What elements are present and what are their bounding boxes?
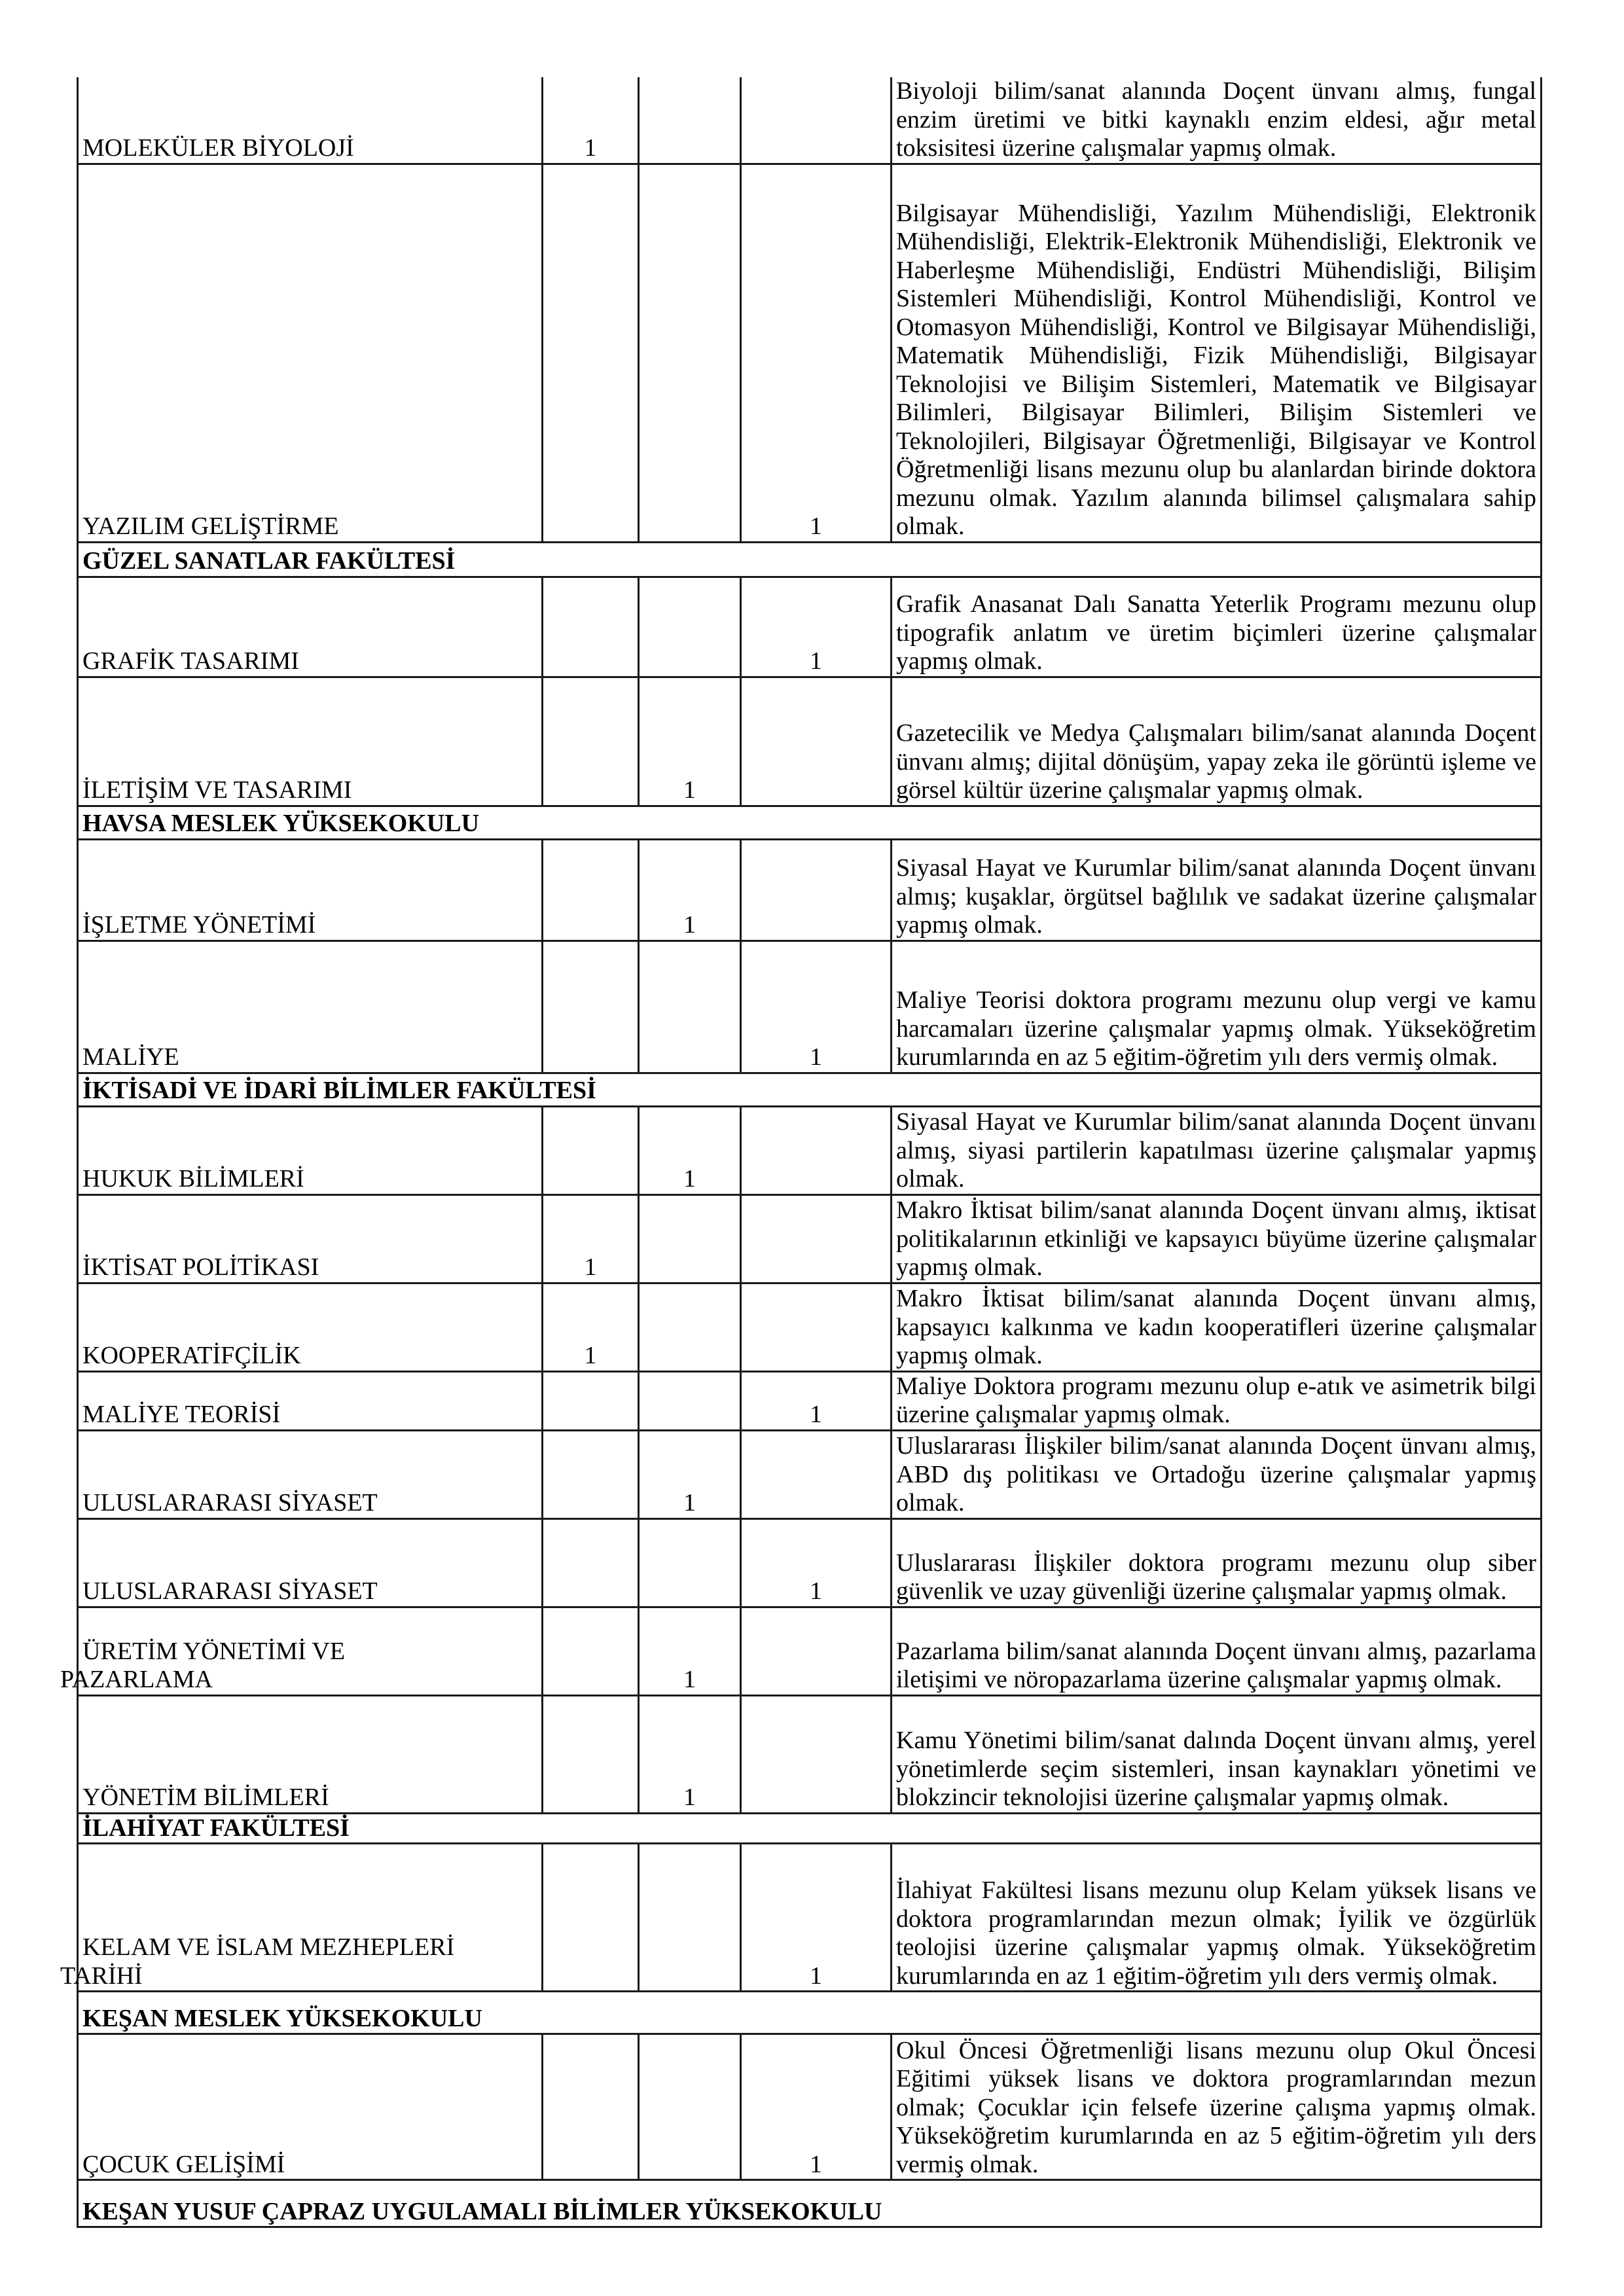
associate-professor-count: 1 — [639, 1607, 741, 1695]
table-row: MOLEKÜLER BİYOLOJİ1Biyoloji bilim/sanat … — [78, 77, 1542, 164]
section-header-row: KEŞAN YUSUF ÇAPRAZ UYGULAMALI BİLİMLER Y… — [78, 2180, 1542, 2227]
professor-count — [543, 677, 639, 806]
department-name: YAZILIM GELİŞTİRME — [78, 164, 543, 542]
requirement-text: Makro İktisat bilim/sanat alanında Doçen… — [892, 1283, 1542, 1371]
associate-professor-count: 1 — [639, 677, 741, 806]
professor-count — [543, 577, 639, 677]
department-name-line: ULUSLARARASI SİYASET — [82, 1577, 537, 1606]
associate-professor-count: 1 — [639, 1695, 741, 1813]
department-name: İKTİSAT POLİTİKASI — [78, 1194, 543, 1283]
requirement-text: Uluslararası İlişkiler bilim/sanat alanı… — [892, 1430, 1542, 1518]
department-name-line: ÇOCUK GELİŞİMİ — [82, 2151, 537, 2179]
department-name-line: YAZILIM GELİŞTİRME — [82, 512, 537, 541]
section-header-row: İLAHİYAT FAKÜLTESİ — [78, 1813, 1542, 1844]
assistant-professor-count: 1 — [741, 577, 892, 677]
professor-count — [543, 839, 639, 941]
associate-professor-count — [639, 1518, 741, 1607]
department-name-line: ÜRETİM YÖNETİMİ VE — [82, 1638, 537, 1666]
department-name: KELAM VE İSLAM MEZHEPLERİTARİHİ — [78, 1844, 543, 1992]
section-title: GÜZEL SANATLAR FAKÜLTESİ — [78, 542, 1542, 577]
section-header-row: İKTİSADİ VE İDARİ BİLİMLER FAKÜLTESİ — [78, 1073, 1542, 1106]
assistant-professor-count — [741, 839, 892, 941]
professor-count — [543, 941, 639, 1073]
table-row: KOOPERATİFÇİLİK1Makro İktisat bilim/sana… — [78, 1283, 1542, 1371]
requirement-text: Biyoloji bilim/sanat alanında Doçent ünv… — [892, 77, 1542, 164]
assistant-professor-count: 1 — [741, 1844, 892, 1992]
department-name-line: ULUSLARARASI SİYASET — [82, 1489, 537, 1518]
department-name: KOOPERATİFÇİLİK — [78, 1283, 543, 1371]
assistant-professor-count: 1 — [741, 941, 892, 1073]
associate-professor-count: 1 — [639, 1430, 741, 1518]
department-name-line: YÖNETİM BİLİMLERİ — [82, 1784, 537, 1812]
table-row: MALİYE1Maliye Teorisi doktora programı m… — [78, 941, 1542, 1073]
associate-professor-count — [639, 77, 741, 164]
department-name-line: İKTİSAT POLİTİKASI — [82, 1253, 537, 1282]
professor-count: 1 — [543, 1194, 639, 1283]
section-title: İLAHİYAT FAKÜLTESİ — [78, 1813, 1542, 1844]
professor-count — [543, 164, 639, 542]
professor-count — [543, 1695, 639, 1813]
professor-count: 1 — [543, 1283, 639, 1371]
table-row: ÇOCUK GELİŞİMİ1Okul Öncesi Öğretmenliği … — [78, 2034, 1542, 2180]
table-row: İKTİSAT POLİTİKASI1Makro İktisat bilim/s… — [78, 1194, 1542, 1283]
assistant-professor-count — [741, 1607, 892, 1695]
department-name-line: MOLEKÜLER BİYOLOJİ — [82, 134, 537, 163]
requirement-text: Okul Öncesi Öğretmenliği lisans mezunu o… — [892, 2034, 1542, 2180]
department-name-line: HUKUK BİLİMLERİ — [82, 1165, 537, 1194]
department-name: ÇOCUK GELİŞİMİ — [78, 2034, 543, 2180]
department-name: MALİYE — [78, 941, 543, 1073]
department-name: ÜRETİM YÖNETİMİ VEPAZARLAMA — [78, 1607, 543, 1695]
assistant-professor-count: 1 — [741, 2034, 892, 2180]
associate-professor-count — [639, 1194, 741, 1283]
requirement-text: Makro İktisat bilim/sanat alanında Doçen… — [892, 1194, 1542, 1283]
assistant-professor-count — [741, 1430, 892, 1518]
table-row: MALİYE TEORİSİ1Maliye Doktora programı m… — [78, 1371, 1542, 1430]
professor-count — [543, 1844, 639, 1992]
table-row: ULUSLARARASI SİYASET1Uluslararası İlişki… — [78, 1430, 1542, 1518]
department-name: ULUSLARARASI SİYASET — [78, 1518, 543, 1607]
associate-professor-count — [639, 1371, 741, 1430]
associate-professor-count — [639, 1844, 741, 1992]
department-name: İŞLETME YÖNETİMİ — [78, 839, 543, 941]
professor-count — [543, 1518, 639, 1607]
table-row: YAZILIM GELİŞTİRME1Bilgisayar Mühendisli… — [78, 164, 1542, 542]
section-header-row: GÜZEL SANATLAR FAKÜLTESİ — [78, 542, 1542, 577]
associate-professor-count — [639, 2034, 741, 2180]
assistant-professor-count — [741, 1695, 892, 1813]
requirement-text: Uluslararası İlişkiler doktora programı … — [892, 1518, 1542, 1607]
assistant-professor-count: 1 — [741, 164, 892, 542]
department-name: İLETİŞİM VE TASARIMI — [78, 677, 543, 806]
department-name: HUKUK BİLİMLERİ — [78, 1106, 543, 1194]
table-row: KELAM VE İSLAM MEZHEPLERİTARİHİ1İlahiyat… — [78, 1844, 1542, 1992]
section-header-row: KEŞAN MESLEK YÜKSEKOKULU — [78, 1992, 1542, 2034]
department-name: ULUSLARARASI SİYASET — [78, 1430, 543, 1518]
table-row: İLETİŞİM VE TASARIMI1Gazetecilik ve Medy… — [78, 677, 1542, 806]
department-name-line: İLETİŞİM VE TASARIMI — [82, 776, 537, 805]
department-name-line: TARİHİ — [60, 1962, 537, 1991]
associate-professor-count — [639, 577, 741, 677]
department-name-line: MALİYE — [82, 1043, 537, 1072]
requirement-text: Maliye Doktora programı mezunu olup e-at… — [892, 1371, 1542, 1430]
department-name: YÖNETİM BİLİMLERİ — [78, 1695, 543, 1813]
requirement-text: Maliye Teorisi doktora programı mezunu o… — [892, 941, 1542, 1073]
requirement-text: Siyasal Hayat ve Kurumlar bilim/sanat al… — [892, 839, 1542, 941]
requirement-text: Pazarlama bilim/sanat alanında Doçent ün… — [892, 1607, 1542, 1695]
professor-count — [543, 1607, 639, 1695]
department-name: MOLEKÜLER BİYOLOJİ — [78, 77, 543, 164]
requirement-text: Grafik Anasanat Dalı Sanatta Yeterlik Pr… — [892, 577, 1542, 677]
section-header-row: HAVSA MESLEK YÜKSEKOKULU — [78, 806, 1542, 839]
assistant-professor-count — [741, 677, 892, 806]
assistant-professor-count — [741, 77, 892, 164]
department-name-line: KOOPERATİFÇİLİK — [82, 1342, 537, 1371]
assistant-professor-count — [741, 1194, 892, 1283]
assistant-professor-count — [741, 1283, 892, 1371]
table-row: ULUSLARARASI SİYASET1Uluslararası İlişki… — [78, 1518, 1542, 1607]
department-name: GRAFİK TASARIMI — [78, 577, 543, 677]
department-name-line: GRAFİK TASARIMI — [82, 647, 537, 676]
associate-professor-count: 1 — [639, 1106, 741, 1194]
associate-professor-count — [639, 164, 741, 542]
section-title: KEŞAN YUSUF ÇAPRAZ UYGULAMALI BİLİMLER Y… — [78, 2180, 1542, 2227]
position-table: MOLEKÜLER BİYOLOJİ1Biyoloji bilim/sanat … — [77, 77, 1542, 2228]
associate-professor-count — [639, 941, 741, 1073]
assistant-professor-count — [741, 1106, 892, 1194]
requirement-text: İlahiyat Fakültesi lisans mezunu olup Ke… — [892, 1844, 1542, 1992]
associate-professor-count: 1 — [639, 839, 741, 941]
requirement-text: Kamu Yönetimi bilim/sanat dalında Doçent… — [892, 1695, 1542, 1813]
department-name-line: MALİYE TEORİSİ — [82, 1401, 537, 1429]
table-row: GRAFİK TASARIMI1Grafik Anasanat Dalı San… — [78, 577, 1542, 677]
department-name-line: KELAM VE İSLAM MEZHEPLERİ — [82, 1933, 537, 1962]
professor-count — [543, 1371, 639, 1430]
department-name-line: PAZARLAMA — [60, 1666, 537, 1695]
position-table-body: MOLEKÜLER BİYOLOJİ1Biyoloji bilim/sanat … — [78, 77, 1542, 2227]
assistant-professor-count: 1 — [741, 1371, 892, 1430]
table-row: YÖNETİM BİLİMLERİ1Kamu Yönetimi bilim/sa… — [78, 1695, 1542, 1813]
professor-count: 1 — [543, 77, 639, 164]
section-title: KEŞAN MESLEK YÜKSEKOKULU — [78, 1992, 1542, 2034]
professor-count — [543, 1106, 639, 1194]
section-title: İKTİSADİ VE İDARİ BİLİMLER FAKÜLTESİ — [78, 1073, 1542, 1106]
associate-professor-count — [639, 1283, 741, 1371]
department-name-line: İŞLETME YÖNETİMİ — [82, 911, 537, 940]
table-row: ÜRETİM YÖNETİMİ VEPAZARLAMA1Pazarlama bi… — [78, 1607, 1542, 1695]
requirement-text: Siyasal Hayat ve Kurumlar bilim/sanat al… — [892, 1106, 1542, 1194]
professor-count — [543, 2034, 639, 2180]
professor-count — [543, 1430, 639, 1518]
table-row: HUKUK BİLİMLERİ1Siyasal Hayat ve Kurumla… — [78, 1106, 1542, 1194]
section-title: HAVSA MESLEK YÜKSEKOKULU — [78, 806, 1542, 839]
assistant-professor-count: 1 — [741, 1518, 892, 1607]
department-name: MALİYE TEORİSİ — [78, 1371, 543, 1430]
requirement-text: Bilgisayar Mühendisliği, Yazılım Mühendi… — [892, 164, 1542, 542]
requirement-text: Gazetecilik ve Medya Çalışmaları bilim/s… — [892, 677, 1542, 806]
table-row: İŞLETME YÖNETİMİ1Siyasal Hayat ve Kuruml… — [78, 839, 1542, 941]
